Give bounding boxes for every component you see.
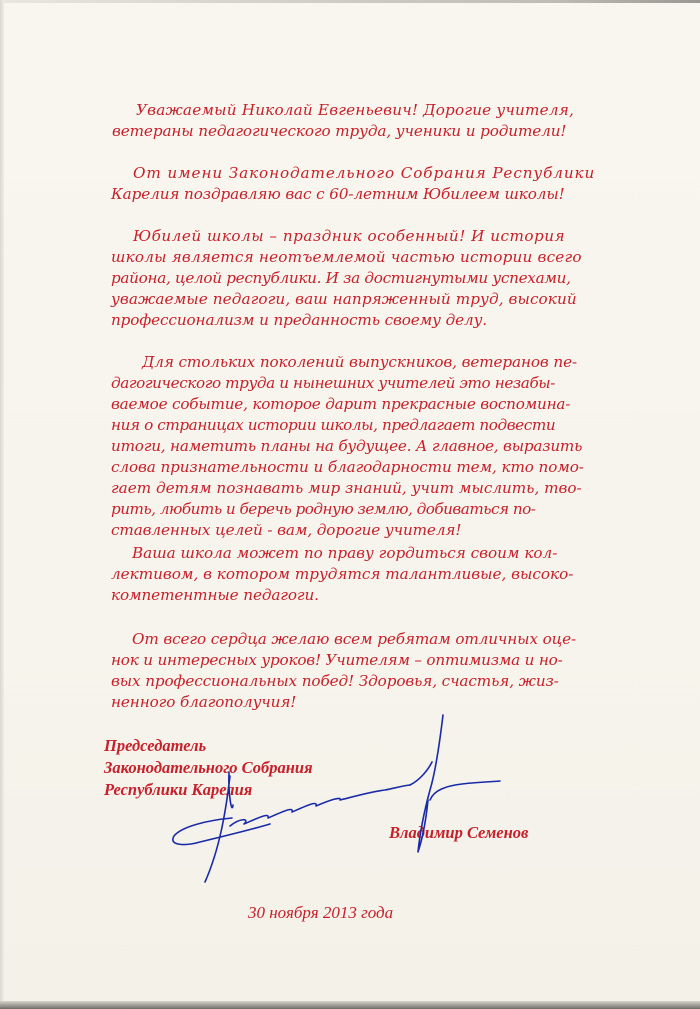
letter-page: Уважаемый Николай Евгеньевич! Дорогие уч… xyxy=(0,0,700,1009)
handwritten-signature xyxy=(0,0,700,1009)
letter-date: 30 ноября 2013 года xyxy=(248,903,393,923)
